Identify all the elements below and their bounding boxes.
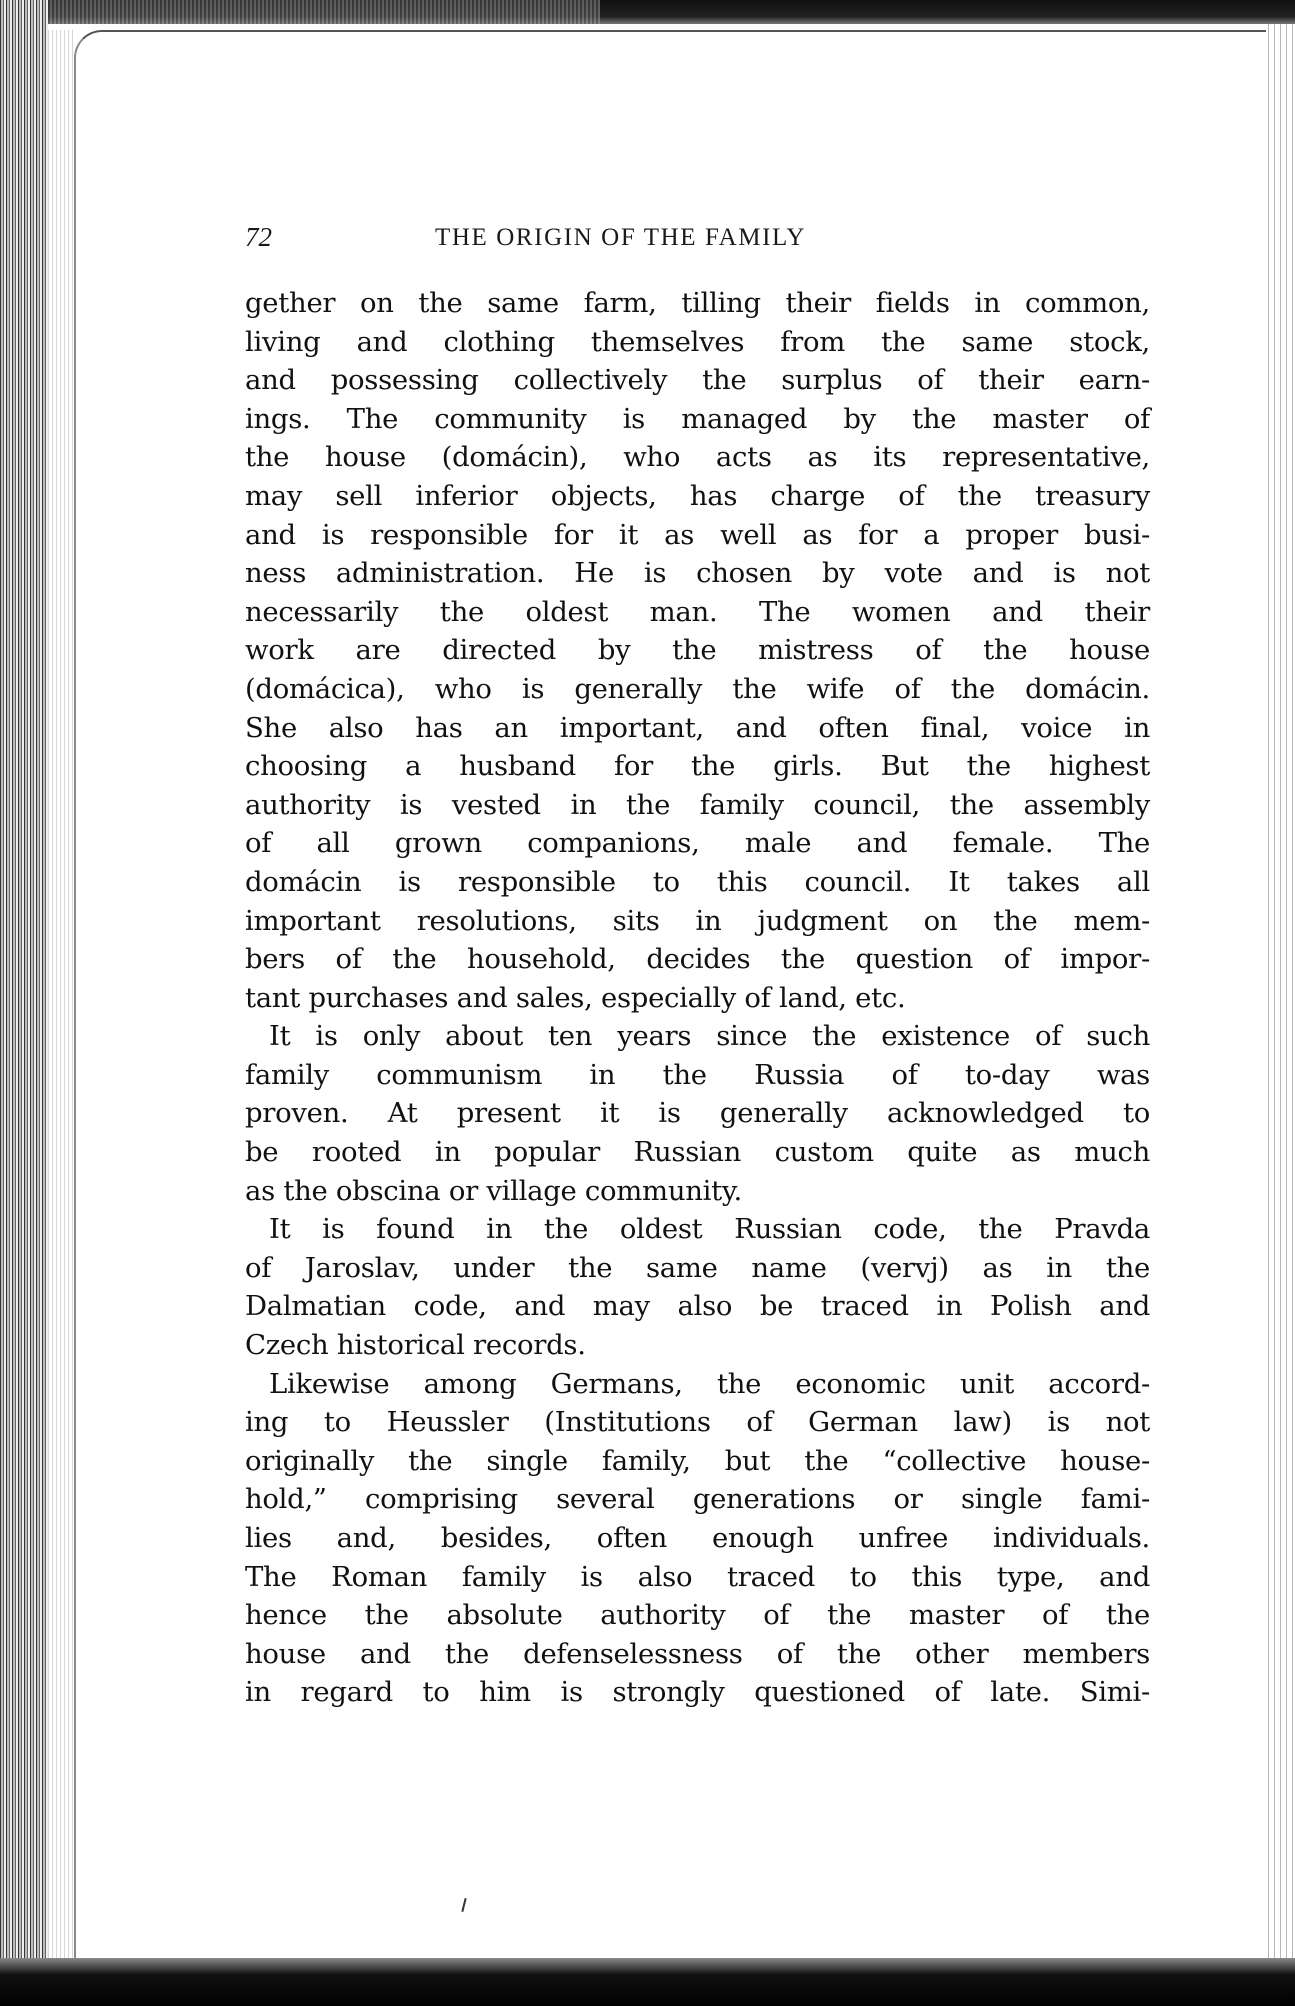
text-line: hold,” comprising several generations or…	[245, 1480, 1150, 1519]
paragraph-start-line: Likewise among Germans, the economic uni…	[245, 1365, 1150, 1404]
text-line: The Roman family is also traced to this …	[245, 1558, 1150, 1597]
text-line: be rooted in popular Russian custom quit…	[245, 1133, 1150, 1172]
text-line: choosing a husband for the girls. But th…	[245, 747, 1150, 786]
running-head: 72 THE ORIGIN OF THE FAMILY	[245, 222, 1150, 262]
paragraph-end-line: Czech historical records.	[245, 1326, 1150, 1365]
running-title: THE ORIGIN OF THE FAMILY	[435, 224, 806, 252]
text-line: gether on the same farm, tilling their f…	[245, 284, 1150, 323]
text-line: (domácica), who is generally the wife of…	[245, 670, 1150, 709]
text-line: work are directed by the mistress of the…	[245, 631, 1150, 670]
page-stack-left-edge	[0, 0, 48, 2006]
text-line: and possessing collectively the surplus …	[245, 361, 1150, 400]
text-line: originally the single family, but the “c…	[245, 1442, 1150, 1481]
paragraph-start-line: It is only about ten years since the exi…	[245, 1017, 1150, 1056]
page-stack-inner-edge	[48, 30, 74, 1960]
text-line: of Jaroslav, under the same name (vervj)…	[245, 1249, 1150, 1288]
text-line: Dalmatian code, and may also be traced i…	[245, 1287, 1150, 1326]
text-line: proven. At present it is generally ackno…	[245, 1094, 1150, 1133]
text-line: bers of the household, decides the quest…	[245, 940, 1150, 979]
page-number: 72	[245, 222, 272, 253]
text-line: necessarily the oldest man. The women an…	[245, 593, 1150, 632]
text-line: authority is vested in the family counci…	[245, 786, 1150, 825]
body-text: gether on the same farm, tilling their f…	[245, 284, 1150, 1712]
text-line: domácin is responsible to this council. …	[245, 863, 1150, 902]
text-line: lies and, besides, often enough unfree i…	[245, 1519, 1150, 1558]
text-line: in regard to him is strongly questioned …	[245, 1673, 1150, 1712]
paragraph-end-line: tant purchases and sales, especially of …	[245, 979, 1150, 1018]
page-stack-right-edge	[1265, 24, 1295, 1959]
text-line: family communism in the Russia of to-day…	[245, 1056, 1150, 1095]
text-line: living and clothing themselves from the …	[245, 323, 1150, 362]
text-line: important resolutions, sits in judgment …	[245, 902, 1150, 941]
scan-bottom-edge	[0, 1958, 1295, 2006]
text-line: of all grown companions, male and female…	[245, 824, 1150, 863]
text-line: ness administration. He is chosen by vot…	[245, 554, 1150, 593]
text-line: the house (domácin), who acts as its rep…	[245, 438, 1150, 477]
paragraph-start-line: It is found in the oldest Russian code, …	[245, 1210, 1150, 1249]
text-line: She also has an important, and often fin…	[245, 709, 1150, 748]
text-line: ings. The community is managed by the ma…	[245, 400, 1150, 439]
text-line: and is responsible for it as well as for…	[245, 516, 1150, 555]
text-line: may sell inferior objects, has charge of…	[245, 477, 1150, 516]
text-line: ing to Heussler (Institutions of German …	[245, 1403, 1150, 1442]
paragraph-end-line: as the obscina or village community.	[245, 1172, 1150, 1211]
text-line: hence the absolute authority of the mast…	[245, 1596, 1150, 1635]
scan-top-edge	[0, 0, 1295, 24]
text-line: house and the defenselessness of the oth…	[245, 1635, 1150, 1674]
